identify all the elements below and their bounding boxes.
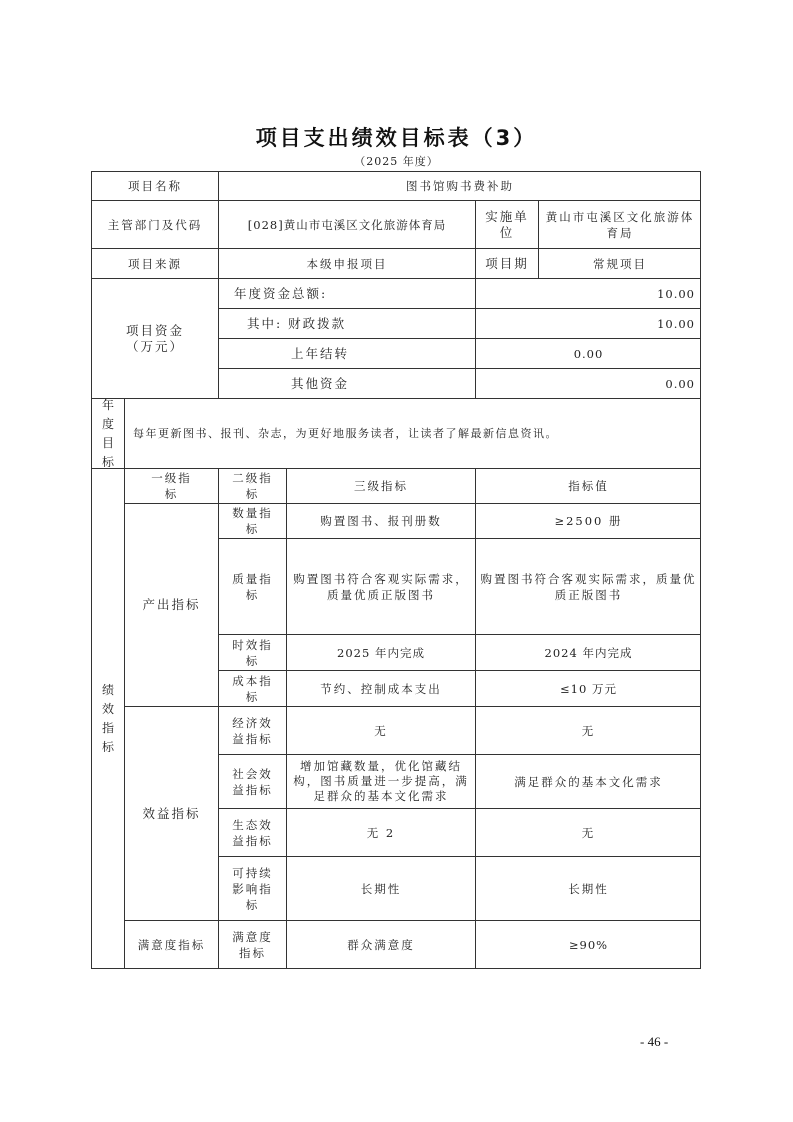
- indicator-level2: 经济效益指标: [219, 707, 287, 755]
- indicator-value: ≥90%: [476, 921, 701, 969]
- indicator-value: 无: [476, 707, 701, 755]
- indicator-group-satisfaction: 满意度指标: [125, 921, 219, 969]
- indicator-level3: 节约、控制成本支出: [287, 671, 476, 707]
- indicator-level2: 生态效益指标: [219, 809, 287, 857]
- indicator-value: 长期性: [476, 857, 701, 921]
- funding-label-text: 项目资金（万元）: [115, 323, 195, 355]
- indicator-level2-text: 满意度指标: [227, 929, 279, 961]
- indicator-value: ≥2500 册: [476, 504, 701, 539]
- source-label: 项目来源: [92, 249, 219, 279]
- indicator-group-output: 产出指标: [125, 504, 219, 707]
- indicator-value: 满足群众的基本文化需求: [476, 755, 701, 809]
- indicators-section-label-text: 绩效指标: [102, 681, 114, 757]
- indicator-value: 无: [476, 809, 701, 857]
- indicator-group-benefit: 效益指标: [125, 707, 219, 921]
- funding-label: 项目资金（万元）: [92, 279, 219, 399]
- indicator-level3: 长期性: [287, 857, 476, 921]
- funding-row-label: 上年结转: [219, 339, 476, 369]
- indicator-level2-text: 经济效益指标: [227, 715, 279, 747]
- funding-row-label: 年度资金总额:: [219, 279, 476, 309]
- indicator-level2-text: 生态效益指标: [227, 817, 279, 849]
- performance-target-table: 项目名称 图书馆购书费补助 主管部门及代码 [028]黄山市屯溪区文化旅游体育局…: [91, 171, 701, 969]
- indicator-level2-text: 数量指标: [227, 505, 279, 537]
- header-level2: 二级指标: [219, 469, 287, 504]
- indicator-level3: 无 2: [287, 809, 476, 857]
- dept-value: [028]黄山市屯溪区文化旅游体育局: [219, 201, 476, 249]
- indicator-level2: 社会效益指标: [219, 755, 287, 809]
- annual-goal-label-text: 年度目标: [102, 396, 114, 472]
- funding-row-value: 10.00: [476, 279, 701, 309]
- indicator-level2: 满意度指标: [219, 921, 287, 969]
- indicator-level2-text: 质量指标: [227, 571, 279, 603]
- indicator-level2: 数量指标: [219, 504, 287, 539]
- indicator-value: 2024 年内完成: [476, 635, 701, 671]
- indicator-level3: 群众满意度: [287, 921, 476, 969]
- annual-goal-label: 年度目标: [92, 399, 125, 469]
- source-value: 本级申报项目: [219, 249, 476, 279]
- header-level2-text: 二级指标: [227, 470, 279, 502]
- indicator-level3: 增加馆藏数量，优化馆藏结构，图书质量进一步提高，满足群众的基本文化需求: [287, 755, 476, 809]
- indicator-level2-text: 社会效益指标: [227, 766, 279, 798]
- funding-row-value: 10.00: [476, 309, 701, 339]
- funding-row-value: 0.00: [476, 369, 701, 399]
- indicator-level3: 购置图书、报刊册数: [287, 504, 476, 539]
- indicator-value: 购置图书符合客观实际需求，质量优质正版图书: [476, 539, 701, 635]
- period-value: 常规项目: [539, 249, 701, 279]
- page-subtitle: （2025 年度）: [0, 153, 793, 169]
- impl-unit-value: 黄山市屯溪区文化旅游体育局: [539, 201, 701, 249]
- funding-row-label: 其中: 财政拨款: [219, 309, 476, 339]
- header-level1: 一级指标: [125, 469, 219, 504]
- annual-goal-text: 每年更新图书、报刊、杂志，为更好地服务读者，让读者了解最新信息资讯。: [125, 399, 701, 469]
- page-title: 项目支出绩效目标表（3）: [0, 122, 793, 152]
- indicator-level3: 购置图书符合客观实际需求，质量优质正版图书: [287, 539, 476, 635]
- indicator-level2: 可持续影响指标: [219, 857, 287, 921]
- project-name-value: 图书馆购书费补助: [219, 172, 701, 201]
- indicator-level2-text: 成本指标: [227, 673, 279, 705]
- indicator-level2: 成本指标: [219, 671, 287, 707]
- indicator-level2: 时效指标: [219, 635, 287, 671]
- header-level3: 三级指标: [287, 469, 476, 504]
- indicator-level2-text: 可持续影响指标: [227, 865, 279, 913]
- period-label: 项目期: [476, 249, 539, 279]
- funding-row-value: 0.00: [476, 339, 701, 369]
- header-level1-text: 一级指标: [147, 470, 197, 502]
- indicator-value: ≤10 万元: [476, 671, 701, 707]
- indicators-section-label: 绩效指标: [92, 469, 125, 969]
- page-number: - 46 -: [640, 1034, 668, 1050]
- indicator-level3: 无: [287, 707, 476, 755]
- indicator-level2: 质量指标: [219, 539, 287, 635]
- project-name-label: 项目名称: [92, 172, 219, 201]
- header-value: 指标值: [476, 469, 701, 504]
- impl-unit-label: 实施单位: [476, 201, 539, 249]
- indicator-level3: 2025 年内完成: [287, 635, 476, 671]
- funding-row-label: 其他资金: [219, 369, 476, 399]
- indicator-level2-text: 时效指标: [227, 637, 279, 669]
- dept-label: 主管部门及代码: [92, 201, 219, 249]
